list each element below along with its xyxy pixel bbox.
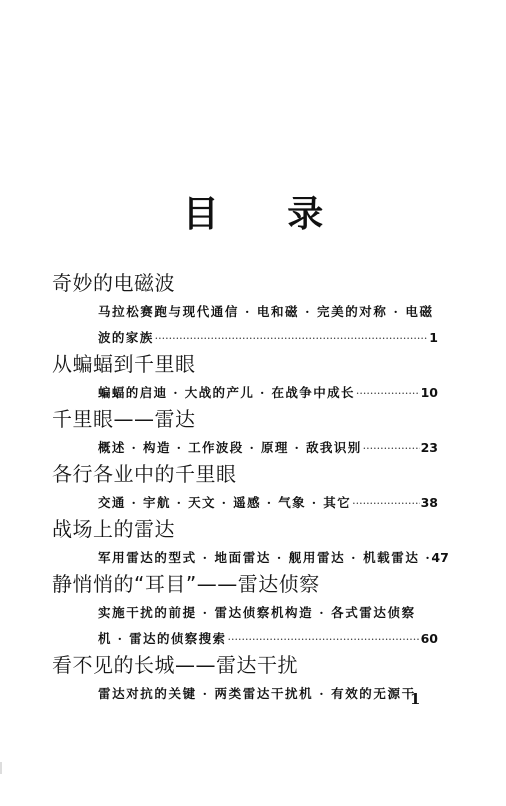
toc-subline: 马拉松赛跑与现代通信 · 电和磁 · 完美的对称 · 电磁 bbox=[98, 299, 438, 325]
toc-subline[interactable]: 波的家族 1 bbox=[98, 325, 438, 351]
dot-leader bbox=[352, 491, 420, 517]
toc-page-number: 23 bbox=[421, 435, 438, 461]
toc-subline[interactable]: 交通 · 宇航 · 天文 · 遥感 · 气象 · 其它 38 bbox=[98, 490, 438, 516]
toc-subline-text: 交通 · 宇航 · 天文 · 遥感 · 气象 · 其它 bbox=[98, 490, 351, 516]
toc-subline-text: 雷达对抗的关键 · 两类雷达干扰机 · 有效的无源干 bbox=[98, 681, 416, 707]
toc-subline[interactable]: 军用雷达的型式 · 地面雷达 · 舰用雷达 · 机载雷达 · 47 bbox=[98, 545, 438, 571]
toc-subline: 雷达对抗的关键 · 两类雷达干扰机 · 有效的无源干 bbox=[98, 681, 438, 707]
toc-subline-text: 军用雷达的型式 · 地面雷达 · 舰用雷达 · 机载雷达 · bbox=[98, 545, 431, 571]
page-title: 目 录 bbox=[0, 186, 506, 237]
dot-leader bbox=[155, 326, 429, 352]
toc-subline-text: 机 · 雷达的侦察搜索 bbox=[98, 626, 226, 652]
table-of-contents: 奇妙的电磁波 马拉松赛跑与现代通信 · 电和磁 · 完美的对称 · 电磁 波的家… bbox=[52, 270, 442, 707]
toc-page-number: 10 bbox=[421, 380, 438, 406]
toc-subline-text: 概述 · 构造 · 工作波段 · 原理 · 敌我识别 bbox=[98, 435, 362, 461]
toc-subline-text: 实施干扰的前提 · 雷达侦察机构造 · 各式雷达侦察 bbox=[98, 600, 416, 626]
toc-chapter[interactable]: 奇妙的电磁波 bbox=[52, 270, 442, 299]
toc-subline[interactable]: 蝙蝠的启迪 · 大战的产儿 · 在战争中成长 10 bbox=[98, 380, 438, 406]
page-number: 1 bbox=[410, 690, 420, 708]
toc-subline-text: 马拉松赛跑与现代通信 · 电和磁 · 完美的对称 · 电磁 bbox=[98, 299, 434, 325]
toc-subline[interactable]: 概述 · 构造 · 工作波段 · 原理 · 敌我识别 23 bbox=[98, 435, 438, 461]
toc-chapter[interactable]: 看不见的长城——雷达干扰 bbox=[52, 652, 442, 681]
toc-subline[interactable]: 机 · 雷达的侦察搜索 60 bbox=[98, 626, 438, 652]
toc-page-number: 38 bbox=[421, 490, 438, 516]
toc-chapter[interactable]: 从蝙蝠到千里眼 bbox=[52, 351, 442, 380]
toc-page-number: 60 bbox=[421, 626, 438, 652]
toc-chapter[interactable]: 千里眼——雷达 bbox=[52, 406, 442, 435]
toc-chapter[interactable]: 静悄悄的“耳目”——雷达侦察 bbox=[52, 571, 442, 600]
toc-subline-text: 波的家族 bbox=[98, 325, 154, 351]
toc-subline: 实施干扰的前提 · 雷达侦察机构造 · 各式雷达侦察 bbox=[98, 600, 438, 626]
dot-leader bbox=[356, 381, 420, 407]
toc-page-number: 1 bbox=[429, 325, 438, 351]
toc-subline-text: 蝙蝠的启迪 · 大战的产儿 · 在战争中成长 bbox=[98, 380, 355, 406]
dot-leader bbox=[227, 627, 419, 653]
scan-edge-mark bbox=[0, 762, 2, 774]
toc-chapter[interactable]: 战场上的雷达 bbox=[52, 516, 442, 545]
toc-chapter[interactable]: 各行各业中的千里眼 bbox=[52, 461, 442, 490]
toc-page-number: 47 bbox=[431, 545, 448, 571]
dot-leader bbox=[363, 436, 420, 462]
